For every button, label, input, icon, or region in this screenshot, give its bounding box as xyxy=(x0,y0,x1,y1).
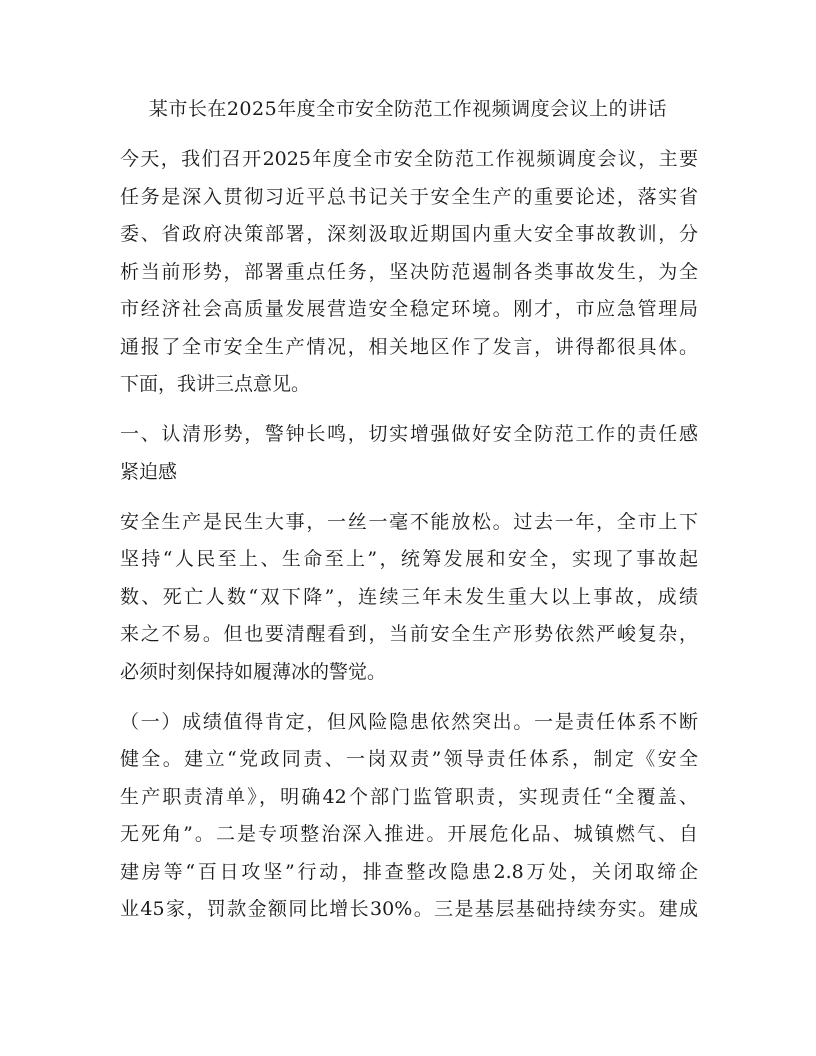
text-line: 通报了全市安全生产情况，相关地区作了发言，讲得都很具体。 xyxy=(120,329,698,367)
text-line: 业45家，罚款金额同比增长30%。三是基层基础持续夯实。建成 xyxy=(120,891,698,929)
heading-line: 紧迫感 xyxy=(120,454,698,492)
text-line: 数、死亡人数“双下降”，连续三年未发生重大以上事故，成绩 xyxy=(120,579,698,617)
text-line: 建房等“百日攻坚”行动，排查整改隐患2.8万处，关闭取缔企 xyxy=(120,854,698,892)
text-line: 安全生产是民生大事，一丝一毫不能放松。过去一年，全市上下 xyxy=(120,504,698,542)
text-line: 生产职责清单》，明确42个部门监管职责，实现责任“全覆盖、 xyxy=(120,779,698,817)
text-line: 任务是深入贯彻习近平总书记关于安全生产的重要论述，落实省 xyxy=(120,179,698,217)
text-line: 来之不易。但也要清醒看到，当前安全生产形势依然严峻复杂， xyxy=(120,616,698,654)
heading-line: 一、认清形势，警钟长鸣，切实增强做好安全防范工作的责任感 xyxy=(120,416,698,454)
section-heading-1: 一、认清形势，警钟长鸣，切实增强做好安全防范工作的责任感 紧迫感 xyxy=(120,416,698,491)
text-line: 市经济社会高质量发展营造安全稳定环境。刚才，市应急管理局 xyxy=(120,291,698,329)
document-title: 某市长在2025年度全市安全防范工作视频调度会议上的讲话 xyxy=(0,96,816,122)
text-line: 析当前形势，部署重点任务，坚决防范遏制各类事故发生，为全 xyxy=(120,254,698,292)
document-body: 今天，我们召开2025年度全市安全防范工作视频调度会议，主要 任务是深入贯彻习近… xyxy=(120,141,698,941)
text-line: 下面，我讲三点意见。 xyxy=(120,366,698,404)
text-line: 健全。建立“党政同责、一岗双责”领导责任体系，制定《安全 xyxy=(120,741,698,779)
text-line: 委、省政府决策部署，深刻汲取近期国内重大安全事故教训，分 xyxy=(120,216,698,254)
paragraph-intro: 今天，我们召开2025年度全市安全防范工作视频调度会议，主要 任务是深入贯彻习近… xyxy=(120,141,698,404)
text-line: 无死角”。二是专项整治深入推进。开展危化品、城镇燃气、自 xyxy=(120,816,698,854)
paragraph-achievements: （一）成绩值得肯定，但风险隐患依然突出。一是责任体系不断 健全。建立“党政同责、… xyxy=(120,704,698,929)
paragraph-situation: 安全生产是民生大事，一丝一毫不能放松。过去一年，全市上下 坚持“人民至上、生命至… xyxy=(120,504,698,692)
text-line: 今天，我们召开2025年度全市安全防范工作视频调度会议，主要 xyxy=(120,141,698,179)
text-line: 必须时刻保持如履薄冰的警觉。 xyxy=(120,654,698,692)
document-page: 某市长在2025年度全市安全防范工作视频调度会议上的讲话 今天，我们召开2025… xyxy=(0,0,816,1056)
text-line: （一）成绩值得肯定，但风险隐患依然突出。一是责任体系不断 xyxy=(120,704,698,742)
text-line: 坚持“人民至上、生命至上”，统筹发展和安全，实现了事故起 xyxy=(120,541,698,579)
